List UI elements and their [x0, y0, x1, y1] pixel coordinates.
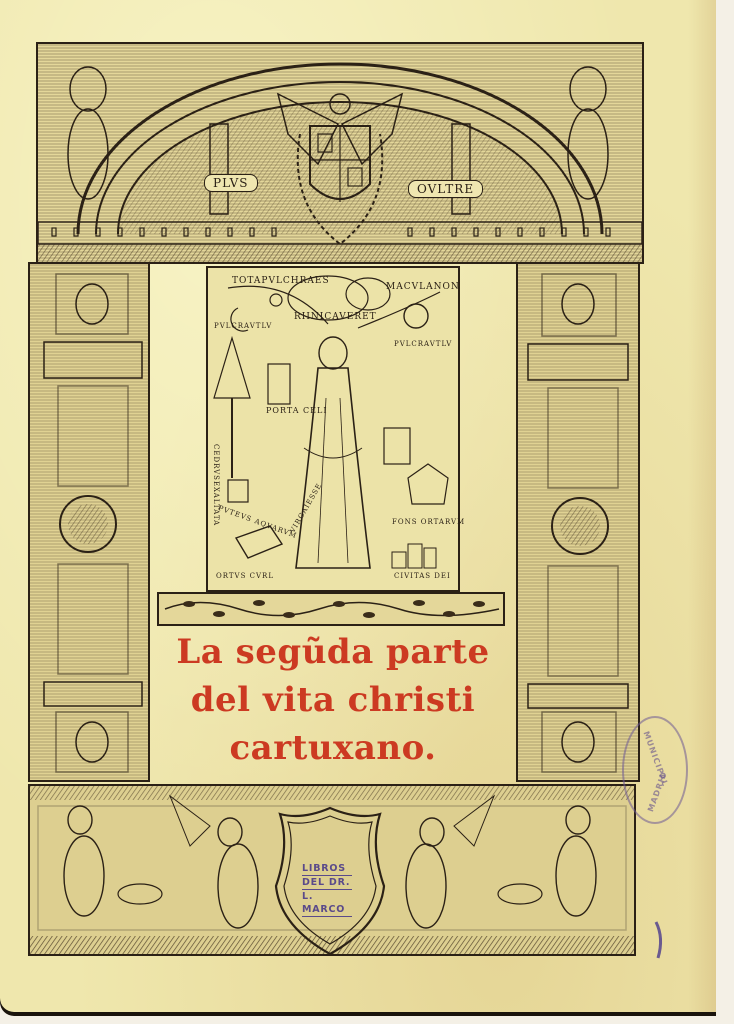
banner-macula-non: MACVLANON [386, 282, 460, 292]
banner-tota-pulchra: TOTAPVLCHRAES [232, 276, 330, 286]
title-line-1: La segũda parte [150, 632, 516, 672]
banner-ortus-cvrl: ORTVS CVRL [216, 572, 274, 580]
banner-porta-celi: PORTA CELI [266, 406, 327, 415]
arch-woodcut [38, 44, 642, 262]
banner-cedrus: CEDRVSEXALTATA [212, 444, 220, 526]
banner-moon: PVLCRAVTLV [214, 322, 272, 330]
banner-sun: PVLCRAVTLV [394, 340, 452, 348]
banner-fons-ortarum: FONS ORTARVM [392, 518, 465, 526]
motto-oultre: OVLTRE [408, 180, 483, 198]
title-line-3: cartuxano. [150, 728, 516, 768]
left-ornamental-column [28, 262, 150, 782]
right-ornamental-column [516, 262, 640, 782]
motto-plus: PLVS [204, 174, 258, 192]
ink-mark [650, 920, 670, 960]
owner-stamp-libros-del-dr-l-marco: LIBROS DEL DR. L. MARCO [302, 862, 352, 917]
stamp-line-3: L. MARCO [302, 890, 352, 917]
book-page: PLVS OVLTRE [0, 0, 716, 1012]
top-arch-panel: PLVS OVLTRE [36, 42, 644, 264]
banner-macula: RIINICAVERET [294, 312, 377, 322]
banner-civitas-dei: CIVITAS DEI [394, 572, 451, 580]
title-line-2: del vita christi [150, 680, 516, 720]
central-woodcut-virgin: TOTAPVLCHRAES RIINICAVERET MACVLANON PVL… [206, 266, 460, 592]
page-edge [688, 0, 716, 1012]
stamp-line-1: LIBROS [302, 862, 352, 876]
stamp-line-2: DEL DR. [302, 876, 352, 890]
vine-ornament-band [157, 592, 505, 626]
